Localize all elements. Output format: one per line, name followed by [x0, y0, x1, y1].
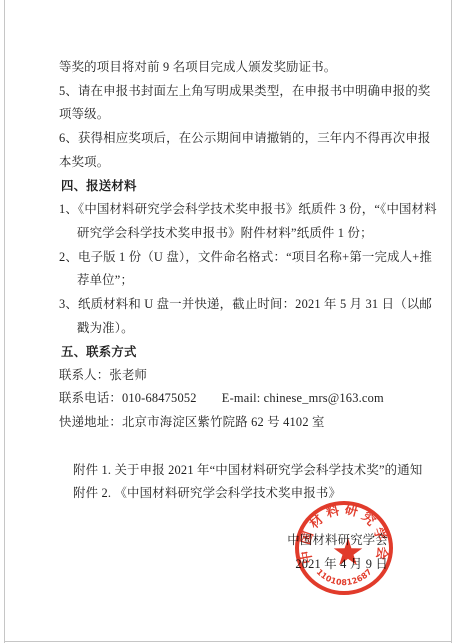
- document-line: 5、请在申报书封面左上角写明成果类型，在申报书中明确申报的奖: [59, 84, 431, 99]
- document-line: 1、《中国材料研究学会科学技术奖申报书》纸质件 3 份，“《中国材料: [59, 202, 437, 217]
- document-page: 等奖的项目将对前 9 名项目完成人颁发奖励证书。5、请在申报书封面左上角写明成果…: [0, 0, 456, 643]
- document-line: 快递地址：北京市海淀区紫竹院路 62 号 4102 室: [59, 415, 325, 430]
- page-edge-right: [451, 0, 452, 643]
- document-line: 附件 1. 关于申报 2021 年“中国材料研究学会科学技术奖”的通知: [73, 463, 422, 478]
- document-line: 本奖项。: [59, 155, 109, 170]
- document-line: 研究学会科学技术奖申报书》附件材料”纸质件 1 份；: [77, 226, 373, 241]
- document-line: 荐单位”；: [77, 273, 133, 288]
- document-line: 五、联系方式: [61, 345, 137, 360]
- document-line: 2、电子版 1 份（U 盘），文件命名格式：“项目名称+第一完成人+推: [59, 250, 432, 265]
- document-line: 6、获得相应奖项后，在公示期间申请撤销的，三年内不得再次申报: [59, 131, 431, 146]
- document-line: 联系人：张老师: [59, 368, 147, 383]
- document-line: 戳为准）。: [77, 321, 134, 336]
- document-line: 项等级。: [59, 107, 109, 122]
- official-seal-stamp: 中国材料研究学会 1101081268702: [292, 498, 396, 598]
- document-line: 等奖的项目将对前 9 名项目完成人颁发奖励证书。: [59, 60, 336, 75]
- page-edge-bottom: [4, 641, 452, 642]
- document-line: 四、报送材料: [61, 179, 137, 194]
- seal-star-icon: [334, 538, 363, 565]
- document-line: 3、纸质材料和 U 盘一并快递，截止时间：2021 年 5 月 31 日（以邮: [59, 297, 432, 312]
- page-edge-left: [4, 0, 5, 643]
- document-line: 联系电话：010-68475052 E-mail: chinese_mrs@16…: [59, 391, 384, 406]
